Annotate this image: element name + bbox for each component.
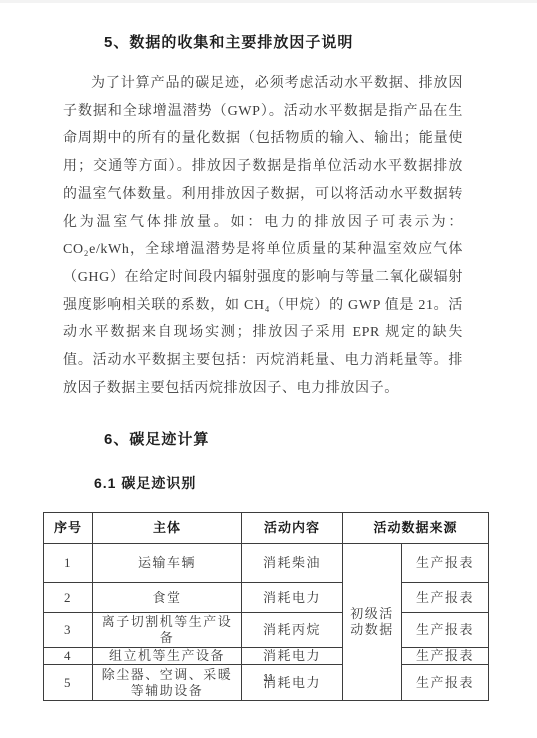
header-cell-data-source: 活动数据来源 (343, 513, 489, 544)
table-row: 3 离子切割机等生产设备 消耗丙烷 生产报表 (44, 613, 489, 648)
header-cell-subject: 主体 (93, 513, 242, 544)
cell-activity: 消耗柴油 (242, 544, 343, 583)
cell-no: 2 (44, 583, 93, 613)
section-6-heading: 6、碳足迹计算 (104, 430, 537, 449)
cell-source: 生产报表 (402, 583, 489, 613)
cell-source: 生产报表 (402, 613, 489, 648)
cell-source: 生产报表 (402, 648, 489, 665)
cell-activity: 消耗电力 (242, 648, 343, 665)
cell-subject: 组立机等生产设备 (93, 648, 242, 665)
section-6-1-subheading: 6.1 碳足迹识别 (94, 474, 537, 492)
page-number: 11 (0, 673, 537, 684)
table-header-row: 序号 主体 活动内容 活动数据来源 (44, 513, 489, 544)
cell-no: 1 (44, 544, 93, 583)
table-row: 1 运输车辆 消耗柴油 初级活动数据 生产报表 (44, 544, 489, 583)
section-5-heading: 5、数据的收集和主要排放因子说明 (104, 33, 537, 52)
cell-no: 3 (44, 613, 93, 648)
document-page: 5、数据的收集和主要排放因子说明 为了计算产品的碳足迹，必须考虑活动水平数据、排… (0, 0, 537, 738)
header-cell-activity: 活动内容 (242, 513, 343, 544)
table-row: 4 组立机等生产设备 消耗电力 生产报表 (44, 648, 489, 665)
table-row: 2 食堂 消耗电力 生产报表 (44, 583, 489, 613)
cell-source: 生产报表 (402, 544, 489, 583)
cell-subject: 离子切割机等生产设备 (93, 613, 242, 648)
section-5-paragraph: 为了计算产品的碳足迹，必须考虑活动水平数据、排放因子数据和全球增温潜势（GWP）… (63, 70, 463, 402)
page-top-edge (0, 0, 537, 3)
cell-no: 4 (44, 648, 93, 665)
cell-subject: 食堂 (93, 583, 242, 613)
cell-subject: 运输车辆 (93, 544, 242, 583)
cell-activity: 消耗电力 (242, 583, 343, 613)
header-cell-no: 序号 (44, 513, 93, 544)
cell-activity: 消耗丙烷 (242, 613, 343, 648)
